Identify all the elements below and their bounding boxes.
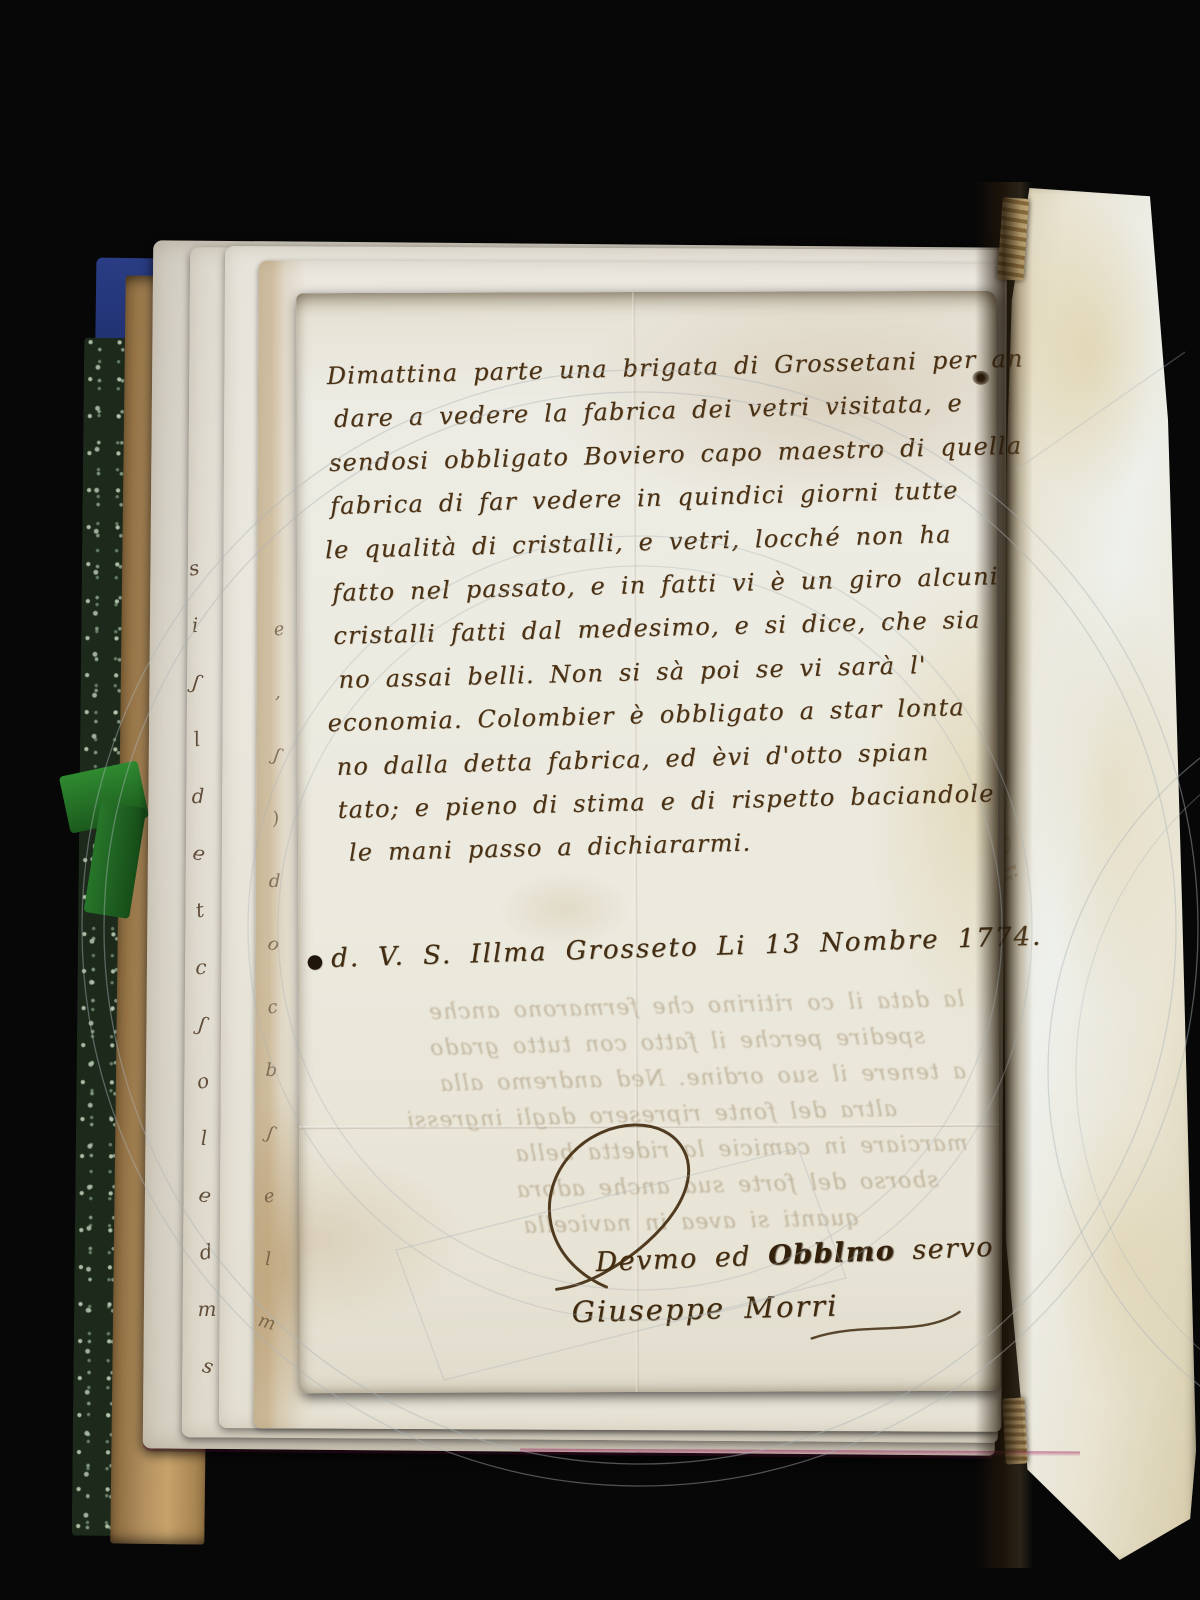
ink-fragment: s (174, 538, 214, 600)
letter-page: Dimattina parte una brigata di Grossetan… (296, 291, 1000, 1393)
manuscript-photo: siʃldetcʃoledms e,ʃ)docbʃelm il Gio Gasp… (0, 0, 1200, 1600)
ink-fragment: d (186, 1222, 226, 1284)
ink-fragment: ʃ (180, 993, 224, 1056)
ink-fragment: ʃ (174, 651, 218, 714)
ink-dot: ● (306, 950, 325, 973)
ink-fragment: c (186, 939, 217, 997)
ink-fragment: i (180, 597, 211, 655)
ink-fragment: m (191, 1281, 222, 1339)
letter-body-text: Dimattina parte una brigata di Grossetan… (326, 338, 1003, 876)
valediction-pre: Devmo ed (595, 1241, 752, 1278)
ink-fragment: l (188, 1110, 219, 1168)
ink-fragment: d (183, 768, 214, 826)
ink-fragment: , (262, 661, 293, 725)
ink-fragment: l (253, 1228, 284, 1292)
ink-fragment: e (249, 1163, 288, 1230)
ink-fragment: o (183, 1051, 223, 1113)
ink-fragment: c (253, 974, 292, 1041)
ink-fragment: l (177, 709, 217, 771)
dateline: ●d. V. S. Illma Grosseto Li 13 Nombre 17… (306, 923, 987, 974)
ink-fragment: b (256, 1039, 287, 1103)
valediction-abbrev: Obblmo (768, 1236, 896, 1272)
ink-fragment: e (259, 596, 298, 663)
gutter-shadow (975, 182, 1033, 1568)
ink-fragment: e (183, 1164, 227, 1227)
ink-fragment: t (180, 880, 220, 942)
ink-fragment: d (259, 850, 290, 914)
ink-fragment: e (177, 822, 221, 885)
dateline-text: d. V. S. Illma Grosseto Li 13 Nombre 177… (331, 922, 1043, 974)
ink-fragment: s (186, 1335, 230, 1398)
signature-underline-flourish (550, 1286, 980, 1378)
ink-fragment: ) (256, 785, 295, 852)
